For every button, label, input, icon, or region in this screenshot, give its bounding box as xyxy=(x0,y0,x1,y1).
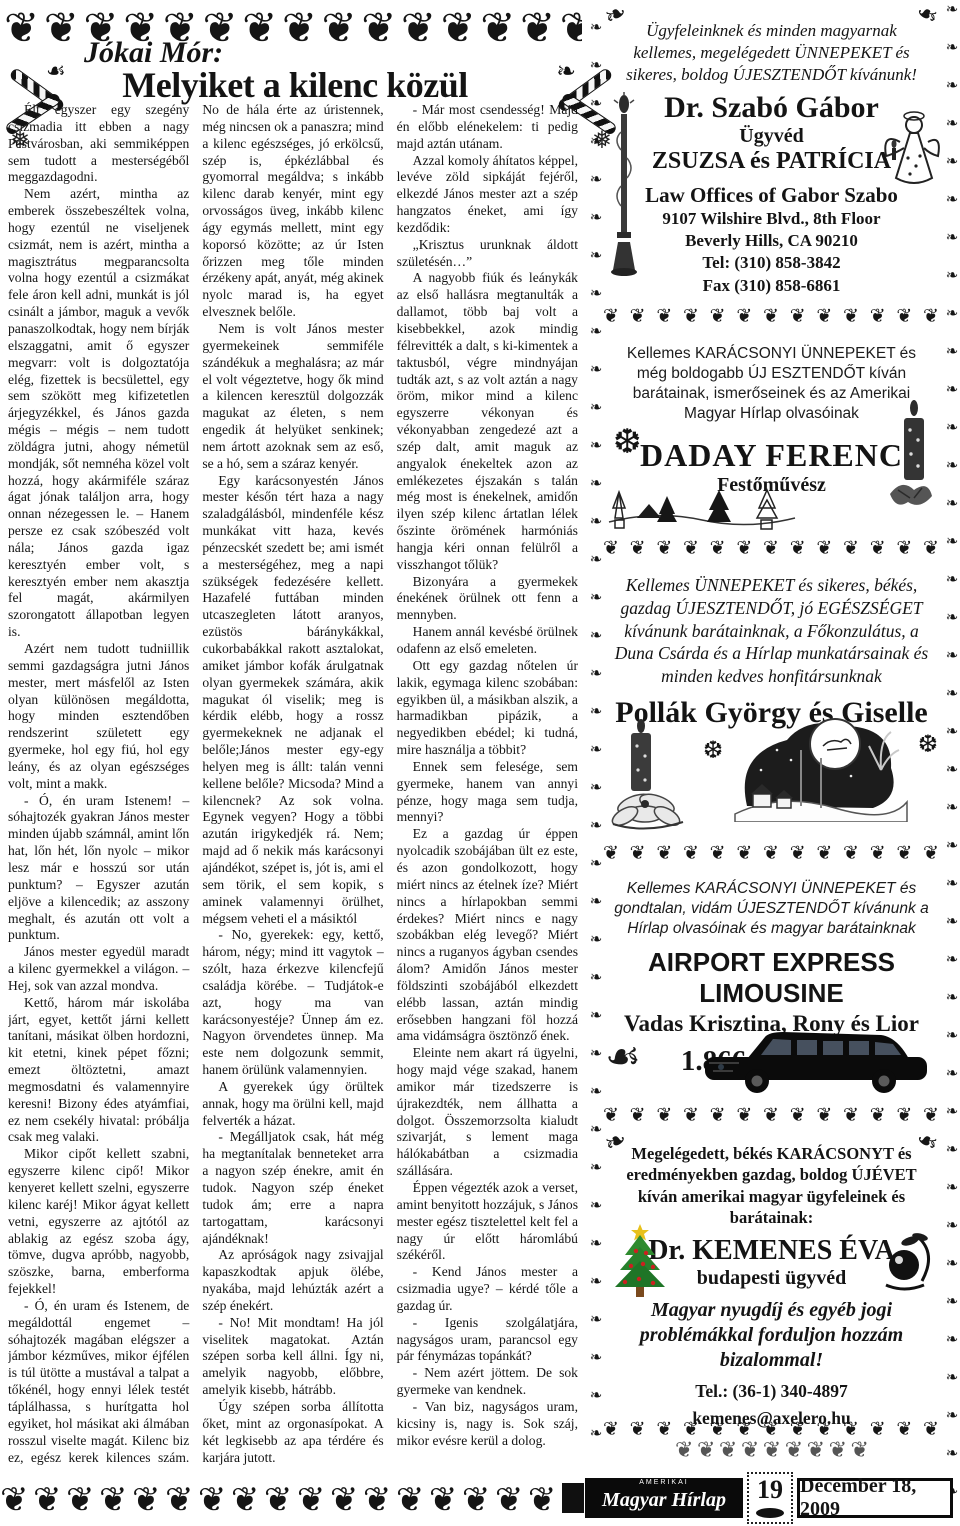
article-paragraph: „Krisztus urunknak áldott születésén…” xyxy=(397,237,578,271)
article-paragraph: Egy karácsonyestén János mester későn té… xyxy=(202,473,383,928)
ad-phone: Tel: (310) 858-3842 xyxy=(603,252,940,274)
article-paragraph: - Nem azért jöttem. De sok gyermeke van … xyxy=(397,1365,578,1399)
village-scene-icon xyxy=(731,710,909,822)
holly-divider-icon: ❦ ❦ ❦ ❦ ❦ ❦ ❦ ❦ ❦ ❦ ❦ ❦ ❦ ❦ ❦ ❦ xyxy=(603,1105,940,1127)
ad-email: kemenes@axelero.hu xyxy=(603,1408,940,1429)
ornament-icon xyxy=(880,1233,936,1293)
candle-icon xyxy=(884,398,936,520)
ad-airport-express: Kellemes KARÁCSONYI ÜNNEPEKET és gondtal… xyxy=(603,865,940,1105)
article-paragraph: Azért nem tudott tudniillik semmi gazdag… xyxy=(8,641,189,793)
masthead-kicker: AMERIKAI xyxy=(585,1479,743,1487)
article-paragraph: - No, gyerekek: egy, kettő, három, négy;… xyxy=(202,927,383,1079)
snowflake-icon: ❆ xyxy=(613,422,642,462)
page-footer: AMERIKAI Magyar Hírlap 19 December 18, 2… xyxy=(585,1472,957,1524)
snowflake-icon: ❆ xyxy=(918,730,938,759)
page-number: 19 xyxy=(749,1474,791,1506)
article-paragraph: Azzal komoly áhítatos képpel, levéve zöl… xyxy=(397,153,578,237)
candle-icon xyxy=(609,92,639,277)
page-number-ornament: 19 xyxy=(747,1472,793,1524)
holly-divider-icon: ❦ ❦ ❦ ❦ ❦ ❦ ❦ ❦ ❦ ❦ ❦ ❦ ❦ ❦ ❦ ❦ xyxy=(603,538,940,560)
article-paragraph: Kettő, három már iskolába járt, egyet, k… xyxy=(8,995,189,1147)
article-paragraph: Ennek sem felesége, sem gyermeke, hanem … xyxy=(397,759,578,826)
story-title: Melyiket a kilenc közül xyxy=(60,64,530,106)
snowflake-icon: ❆ xyxy=(703,736,723,765)
article-paragraph: Az apróságok nagy zsivajjal kapaszkodtak… xyxy=(202,1247,383,1314)
christmas-tree-icon xyxy=(609,1223,671,1301)
masthead-title: Magyar Hírlap xyxy=(585,1487,743,1513)
article-paragraph: Ott egy gazdag nőtelen úr lakik, egymaga… xyxy=(397,658,578,759)
article-paragraph: Nem is volt János mester gyermekeinek se… xyxy=(202,321,383,473)
newspaper-page: ❦ ❦ ❦ ❦ ❦ ❦ ❦ ❦ ❦ ❦ ❦ ❦ ❦ ❦ ❦ ❦ ❦ ❦ ❦ ❦ … xyxy=(0,0,960,1526)
article-paragraph: János mester egyedül maradt a kilenc gye… xyxy=(8,944,189,995)
article-paragraph: - Már most csendesség! Majd én előbb elé… xyxy=(397,102,578,153)
footer-black-block xyxy=(562,1483,584,1513)
article-paragraph: Éppen végezték azok a verset, amint beny… xyxy=(397,1180,578,1264)
ad-phone: Tel.: (36-1) 340-4897 xyxy=(603,1381,940,1402)
article-body: Élt egyszer egy szegény csizmadia itt eb… xyxy=(8,102,578,1474)
article-paragraph: - Van biz, nagyságos uram, kicsiny is, n… xyxy=(397,1399,578,1450)
holly-cluster-icon: ☙ xyxy=(605,1033,641,1080)
ad-tagline: Magyar nyugdíj és egyéb jogi problémákka… xyxy=(603,1298,940,1373)
article-paragraph: Élt egyszer egy szegény csizmadia itt eb… xyxy=(8,102,189,186)
holly-chain-left-icon: ❧ ❧ ❧ ❧ ❧ ❧ ❧ ❧ ❧ ❧ ❧ ❧ ❧ ❧ ❧ ❧ ❧ ❧ ❧ ❧ … xyxy=(586,18,604,1462)
holly-centerpiece-icon: ❦ ❦ ❦ ❦ ❦ ❦ ❦ ❦ ❦ xyxy=(603,1437,940,1463)
ad-daday-ferenc: Kellemes KARÁCSONYI ÜNNEPEKET és még bol… xyxy=(603,328,940,538)
article-columns: Élt egyszer egy szegény csizmadia itt eb… xyxy=(8,102,578,1474)
holly-divider-icon: ❦ ❦ ❦ ❦ ❦ ❦ ❦ ❦ ❦ ❦ ❦ ❦ ❦ ❦ ❦ ❦ xyxy=(603,306,940,328)
holly-chain-right-icon: ❧ ❧ ❧ ❧ ❧ ❧ ❧ ❧ ❧ ❧ ❧ ❧ ❧ ❧ ❧ ❧ ❧ ❧ ❧ ❧ … xyxy=(941,0,960,1526)
ad-address-line: Beverly Hills, CA 90210 xyxy=(603,230,940,252)
article-paragraph: Nem azért, mintha az emberek összebeszél… xyxy=(8,186,189,641)
article-paragraph: A nagyobb fiúk és leánykák az első hallá… xyxy=(397,270,578,573)
ad-greeting: Ügyfeleinknek és minden magyarnak kellem… xyxy=(622,20,922,85)
issue-date: December 18, 2009 xyxy=(797,1478,953,1518)
article-paragraph: Hanem annál kevésbé örülnek odafenn az e… xyxy=(397,624,578,658)
winter-scene-icon xyxy=(607,478,797,533)
ad-greeting: Kellemes KARÁCSONYI ÜNNEPEKET és gondtal… xyxy=(610,879,934,939)
holly-leaf-icon: ☙ xyxy=(556,58,576,84)
article-paragraph: Mikor cipőt kellett szabni, egyszerre ki… xyxy=(8,1146,189,1298)
issue-date-text: December 18, 2009 xyxy=(800,1475,950,1521)
article-paragraph: Eleinte nem akart rá ügyelni, hogy majd … xyxy=(397,1045,578,1180)
article-paragraph: - No! Mit mondtam! Ha jól viselitek maga… xyxy=(202,1315,383,1399)
article-paragraph: Ez a gazdag úr éppen nyolcadik szobájába… xyxy=(397,826,578,1045)
ad-greeting: Megelégedett, békés KARÁCSONYT és eredmé… xyxy=(622,1143,922,1229)
ad-pollak-gyorgy: Kellemes ÜNNEPEKET és sikeres, békés, ga… xyxy=(603,560,940,843)
ad-greeting: Kellemes ÜNNEPEKET és sikeres, békés, ga… xyxy=(610,574,934,688)
article-paragraph: A gyerekek úgy örültek annak, hogy ma ör… xyxy=(202,1079,383,1130)
article-paragraph: - Kend János mester a csizmadia ugye? – … xyxy=(397,1264,578,1315)
ad-szabo-gabor: ❧ ❧ Ügyfeleinknek és minden magyarnak ke… xyxy=(603,0,940,306)
ad-kemenes-eva: ❧ ❧ Megelégedett, békés KARÁCSONYT és er… xyxy=(603,1127,940,1419)
article-paragraph: Úgy szépen sorba állította őket, mint az… xyxy=(202,1399,383,1466)
article-paragraph: Bizonyára a gyermekek énekének örülnek o… xyxy=(397,574,578,625)
article-paragraph: - Ó, én uram Istenem! – sóhajtozék gyakr… xyxy=(8,793,189,945)
holly-divider-icon: ❦ ❦ ❦ ❦ ❦ ❦ ❦ ❦ ❦ ❦ ❦ ❦ ❦ ❦ ❦ ❦ xyxy=(603,843,940,865)
angel-icon xyxy=(880,108,942,196)
masthead-logo: AMERIKAI Magyar Hírlap xyxy=(585,1478,743,1518)
ad-advertiser-name: AIRPORT EXPRESS LIMOUSINE xyxy=(603,947,940,1009)
holly-border-bottom-icon: ❦ ❦ ❦ ❦ ❦ ❦ ❦ ❦ ❦ ❦ ❦ ❦ ❦ ❦ ❦ ❦ ❦ ❦ ❦ ❦ … xyxy=(0,1480,560,1522)
ad-fax: Fax (310) 858-6861 xyxy=(603,275,940,297)
candle-poinsettia-icon xyxy=(605,718,695,833)
ads-column: ❧ ❧ Ügyfeleinknek és minden magyarnak ke… xyxy=(603,0,940,1441)
ad-greeting: Kellemes KARÁCSONYI ÜNNEPEKET és még bol… xyxy=(614,344,930,425)
limousine-icon xyxy=(699,1023,934,1098)
article-paragraph: - Igenis szolgálatjára, nagyságos uram, … xyxy=(397,1315,578,1366)
page-number-oval-icon xyxy=(756,1508,784,1518)
article-paragraph: - Megálljatok csak, hát még ha megtaníta… xyxy=(202,1129,383,1247)
ad-address-line: 9107 Wilshire Blvd., 8th Floor xyxy=(603,208,940,230)
